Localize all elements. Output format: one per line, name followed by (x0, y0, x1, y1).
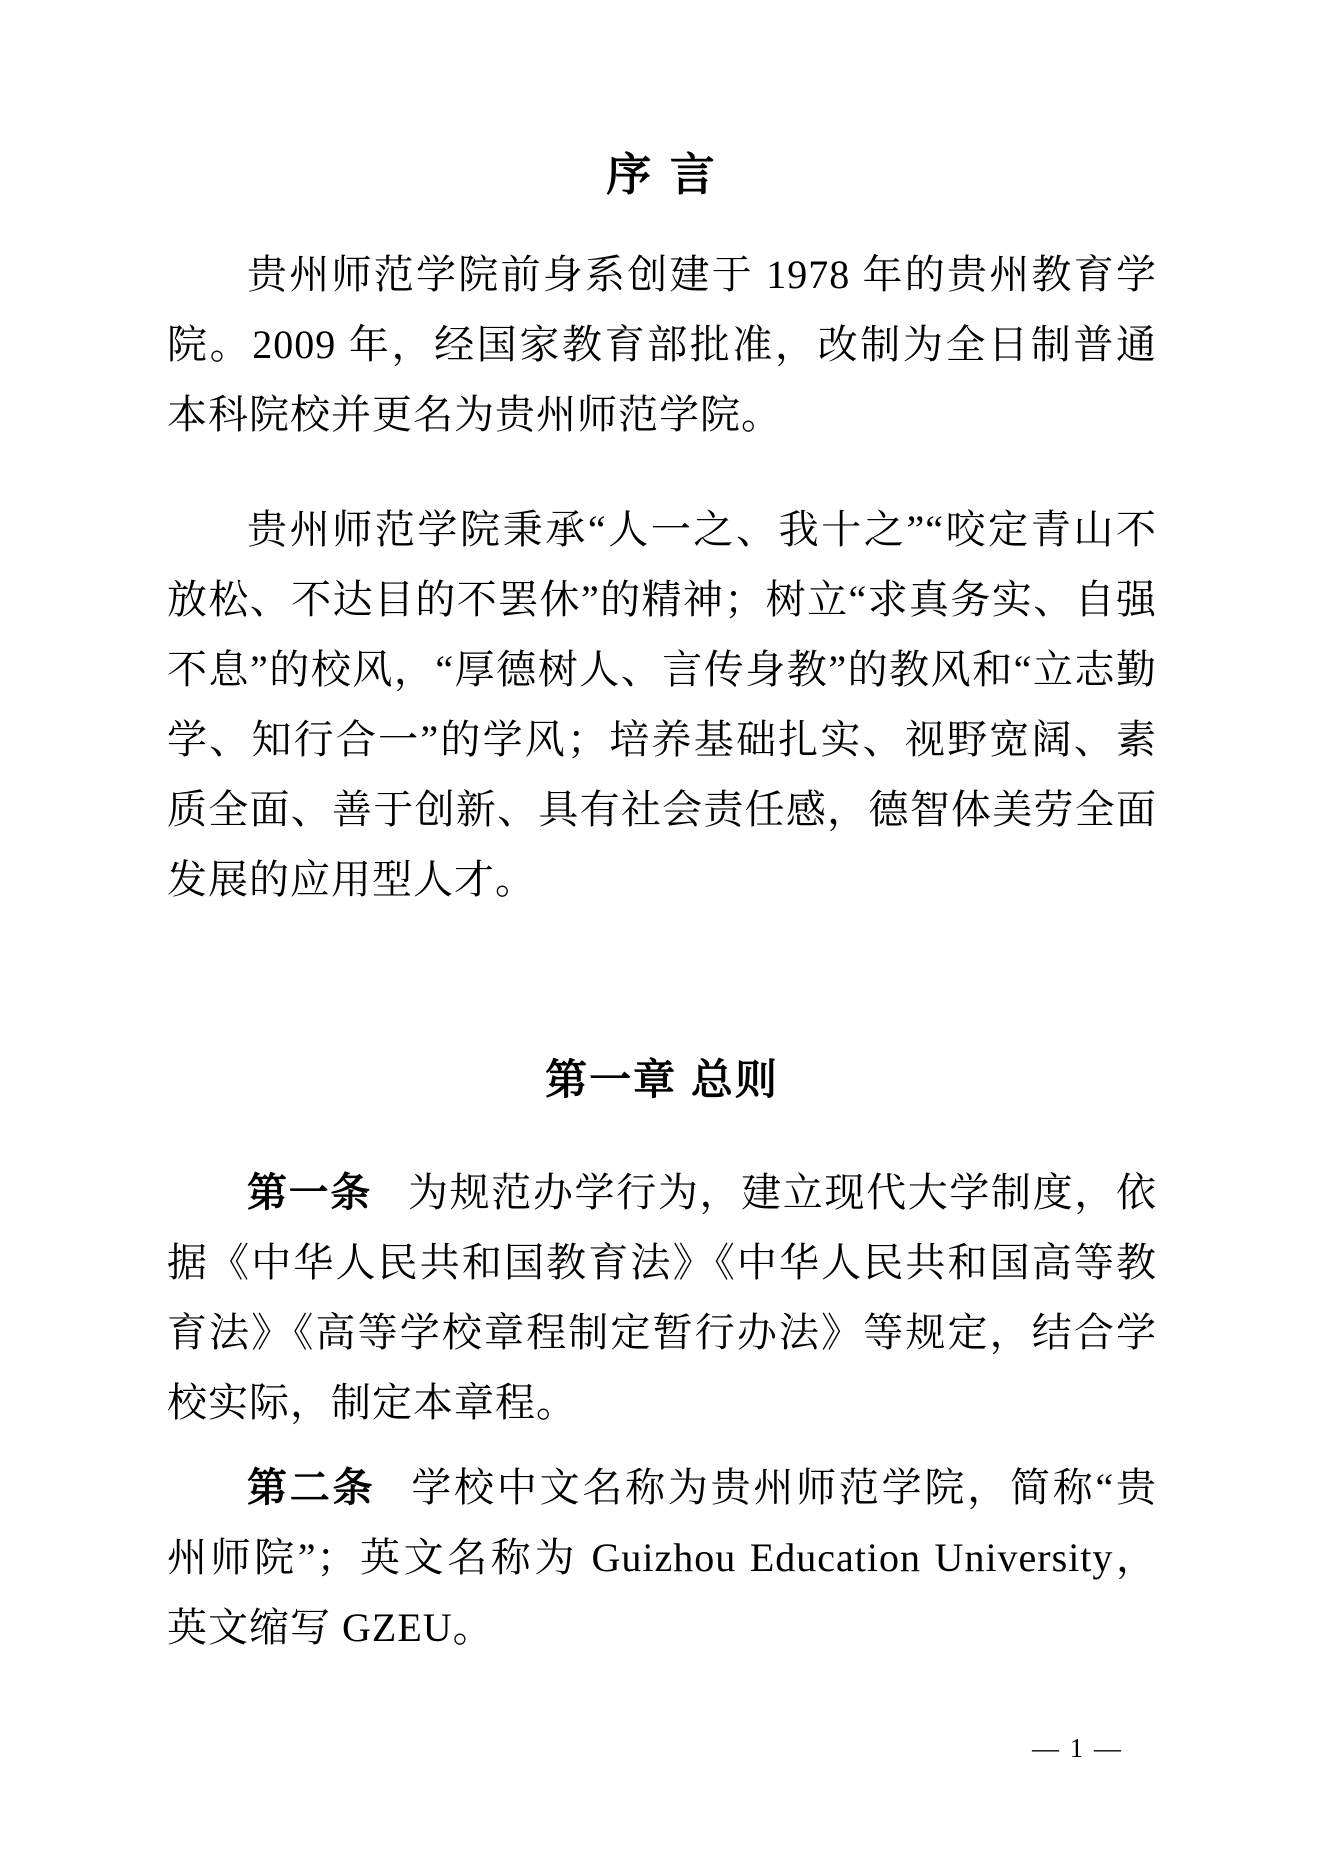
article-1: 第一条为规范办学行为，建立现代大学制度，依据《中华人民共和国教育法》《中华人民共… (167, 1158, 1157, 1438)
article-2: 第二条学校中文名称为贵州师范学院，简称“贵州师院”；英文名称为 Guizhou … (167, 1453, 1157, 1663)
page-number: — 1 — (1032, 1733, 1123, 1764)
preface-paragraph-2: 贵州师范学院秉承“人一之、我十之”“咬定青山不放松、不达目的不罢休”的精神；树立… (167, 495, 1157, 915)
document-page: 序 言 贵州师范学院前身系创建于 1978 年的贵州教育学院。2009 年，经国… (0, 0, 1323, 1871)
preface-title: 序 言 (167, 140, 1157, 210)
article-2-label: 第二条 (247, 1466, 375, 1510)
article-1-label: 第一条 (247, 1171, 372, 1215)
preface-paragraph-1: 贵州师范学院前身系创建于 1978 年的贵州教育学院。2009 年，经国家教育部… (167, 240, 1157, 450)
chapter-1-heading: 第一章 总则 (167, 1045, 1157, 1115)
